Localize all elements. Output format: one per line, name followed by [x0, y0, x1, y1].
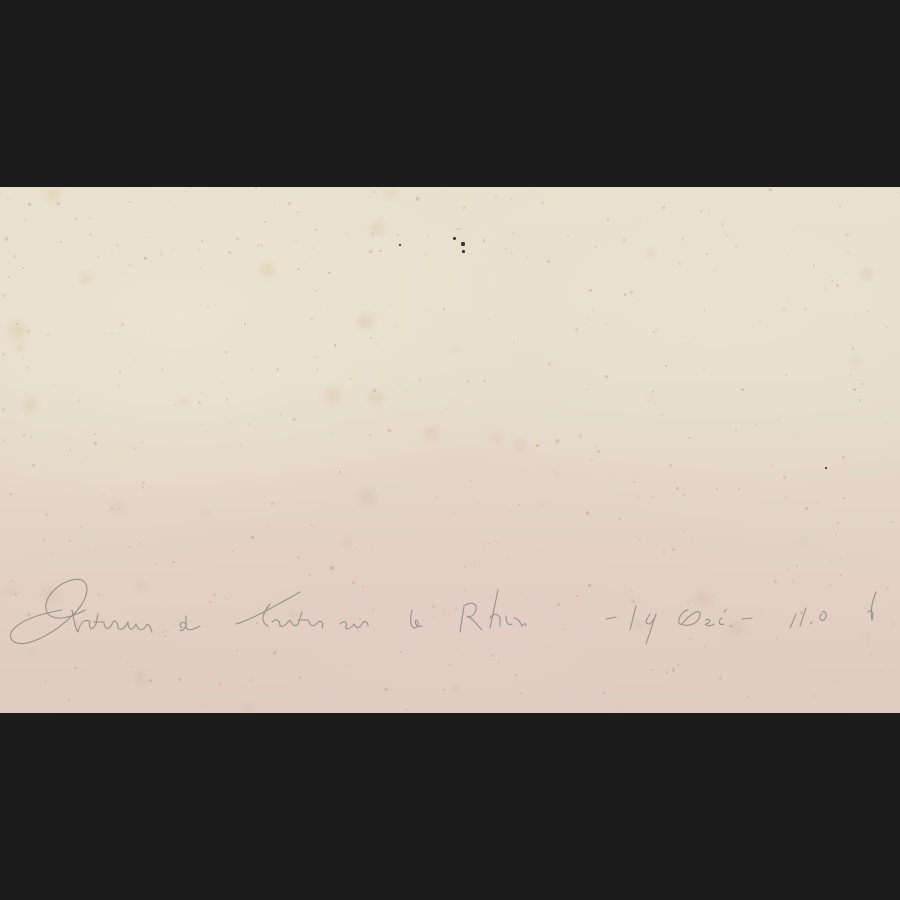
word-de: [180, 616, 200, 631]
letterbox-top: [0, 0, 900, 187]
word-chateau: [10, 579, 152, 643]
word-sur: [340, 622, 368, 629]
handwriting-strokes: [0, 562, 900, 662]
word-rhin: [460, 590, 526, 632]
date-text: [606, 592, 876, 644]
pencil-inscription: Château de Rente? sur le Rhin – 19 Déc. …: [0, 562, 900, 662]
letterbox-bottom: [0, 713, 900, 900]
word-place-name: [236, 592, 323, 628]
aged-paper-sheet: Château de Rente? sur le Rhin – 19 Déc. …: [0, 187, 900, 713]
word-le: [411, 610, 422, 628]
